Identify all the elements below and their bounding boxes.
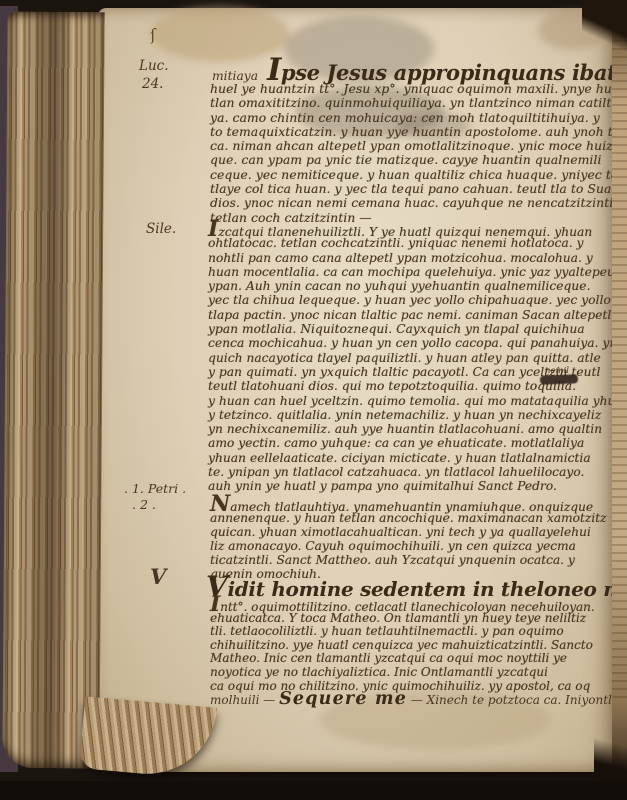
text-line: yhuan eellelaaticate. ciciyan micticate.… (208, 451, 620, 465)
text-line: yn nechixcanemiliz. auh yye huantin tlat… (208, 422, 620, 436)
text-line: ypan motlalia. Niquitoznequi. Cayxquich … (208, 322, 620, 336)
heading-1-catchword: mitiaya (212, 69, 258, 83)
text-line: huan mocentlalia. ca can mochipa quelehu… (208, 265, 620, 279)
text-line: annenenque. y huan tetlan ancochique. ma… (210, 511, 622, 525)
text-line: tlan omaxititzino. quinmohuiquiliaya. yn… (210, 96, 622, 110)
final-line-display-latin: Sequere me (279, 689, 407, 709)
text-line: Izcatqui tlanenehuiliztli. Y ye huatl qu… (208, 222, 620, 236)
text-line: que. can ypam pa ynic tie matizque. cayy… (210, 153, 622, 167)
text-line: y huan can huel yceltzin. quimo temolia.… (208, 394, 620, 408)
text-line: y tetzinco. quitlalia. ynin netemachiliz… (208, 408, 620, 422)
text-line: huel ye huantzin tt°. Jesu xp°. yniquac … (210, 82, 622, 96)
text-line: quich nacayotica tlayel paquiliztli. y h… (208, 351, 620, 365)
text-line: Namech tlatlauhtiya. ynamehuantin ynamiu… (210, 497, 622, 511)
margin-verse-mark: V (150, 564, 166, 589)
text-line: ticatzintli. Sanct Mattheo. auh Yzcatqui… (210, 553, 622, 567)
text-line: auh ynin ye huatl y pampa yno quimitalhu… (208, 479, 620, 493)
text-line: yec tla chihua lequeque. y huan yec yoll… (208, 293, 620, 307)
text-line: ca oqui mo no chilitzino. ynic quimochih… (210, 680, 622, 694)
margin-note-sile: Sile. (146, 221, 176, 237)
text-line: liz amonacayo. Cayuh oquimochihuili. yn … (210, 539, 622, 553)
text-line: chihuilitzino. yye huatl cenquizca yec m… (210, 639, 622, 653)
text-line: te. ynipan yn tlatlacol catzahuaca. yn t… (208, 465, 620, 479)
text-line: ca. niman ahcan altepetl ypan omotlalitz… (210, 139, 622, 153)
backdrop-corner-top-right (582, 0, 627, 66)
final-line-pre: molhuili — (210, 693, 275, 707)
text-line: Matheo. Inic cen tlamantli yzcatqui ca o… (210, 652, 622, 666)
paragraph-3: Namech tlatlauhtiya. ynamehuantin ynamiu… (210, 497, 622, 582)
paragraph-1: huel ye huantzin tt°. Jesu xp°. yniquac … (210, 82, 622, 225)
text-line: ceque. yec nemiticeque. y huan qualtiliz… (210, 168, 622, 182)
book-fore-edge-pages (2, 12, 104, 769)
manuscript-photo: ſ Luc. 24. Sile. . 1. Petri . . 2 . V mi… (0, 0, 627, 800)
text-line: ypan. Auh ynin cacan no yuhqui yyehuanti… (208, 279, 620, 293)
text-line: cenca mochicahua. y huan yn cen yollo ca… (208, 336, 620, 350)
text-line: tlaye col tica huan. y yec tla tequi pan… (210, 182, 622, 196)
paragraph-2: Izcatqui tlanenehuiliztli. Y ye huatl qu… (208, 222, 620, 494)
backdrop-bottom-strip (0, 781, 627, 800)
text-line: ohtlatocac. tetlan cochcatzintli. yniqua… (208, 236, 620, 250)
text-line: Intt°. oquimottilitzino. cetlacatl tlane… (210, 598, 622, 612)
text-line-final: molhuili — Sequere me — Xinech te potzto… (210, 693, 622, 707)
margin-note-petri-line1: . 1. Petri . (124, 481, 186, 496)
paragraph-4: Intt°. oquimottilitzino. cetlacatl tlane… (210, 598, 622, 707)
text-line: tlapa pactin. ynoc nican tlaltic pac nem… (208, 308, 620, 322)
text-line: ehuaticatca. Y toca Matheo. On tlamantli… (210, 612, 622, 626)
text-line: nohtli pan camo cana altepetl ypan motzi… (208, 251, 620, 265)
text-line: noyotica ye no tlachiyaliztica. Inic Ont… (210, 666, 622, 680)
text-line: dios. ynoc nican nemi cemana huac. cayuh… (210, 196, 622, 210)
text-line: quican. yhuan ximotlacahualtican. yni te… (210, 525, 622, 539)
margin-note-petri-line2: . 2 . (132, 497, 156, 512)
ink-blot-correction (540, 374, 578, 384)
text-line: ya. camo chintin cen mohuicaya: cen moh … (210, 111, 622, 125)
text-line: tli. tetlaocoliliztli. y huan tetlauhtil… (210, 625, 622, 639)
margin-note-luc-line2: 24. (142, 76, 163, 92)
next-page-sliver (612, 0, 627, 800)
text-line: amo yectin. camo yuhque: ca can ye ehuat… (208, 436, 620, 450)
text-line: to temaquixticatzin. y huan yye huantin … (210, 125, 622, 139)
final-line-post: — Xinech te potztoca ca. Iniyontla (411, 693, 619, 707)
margin-note-luc-line1: Luc. (139, 58, 169, 74)
